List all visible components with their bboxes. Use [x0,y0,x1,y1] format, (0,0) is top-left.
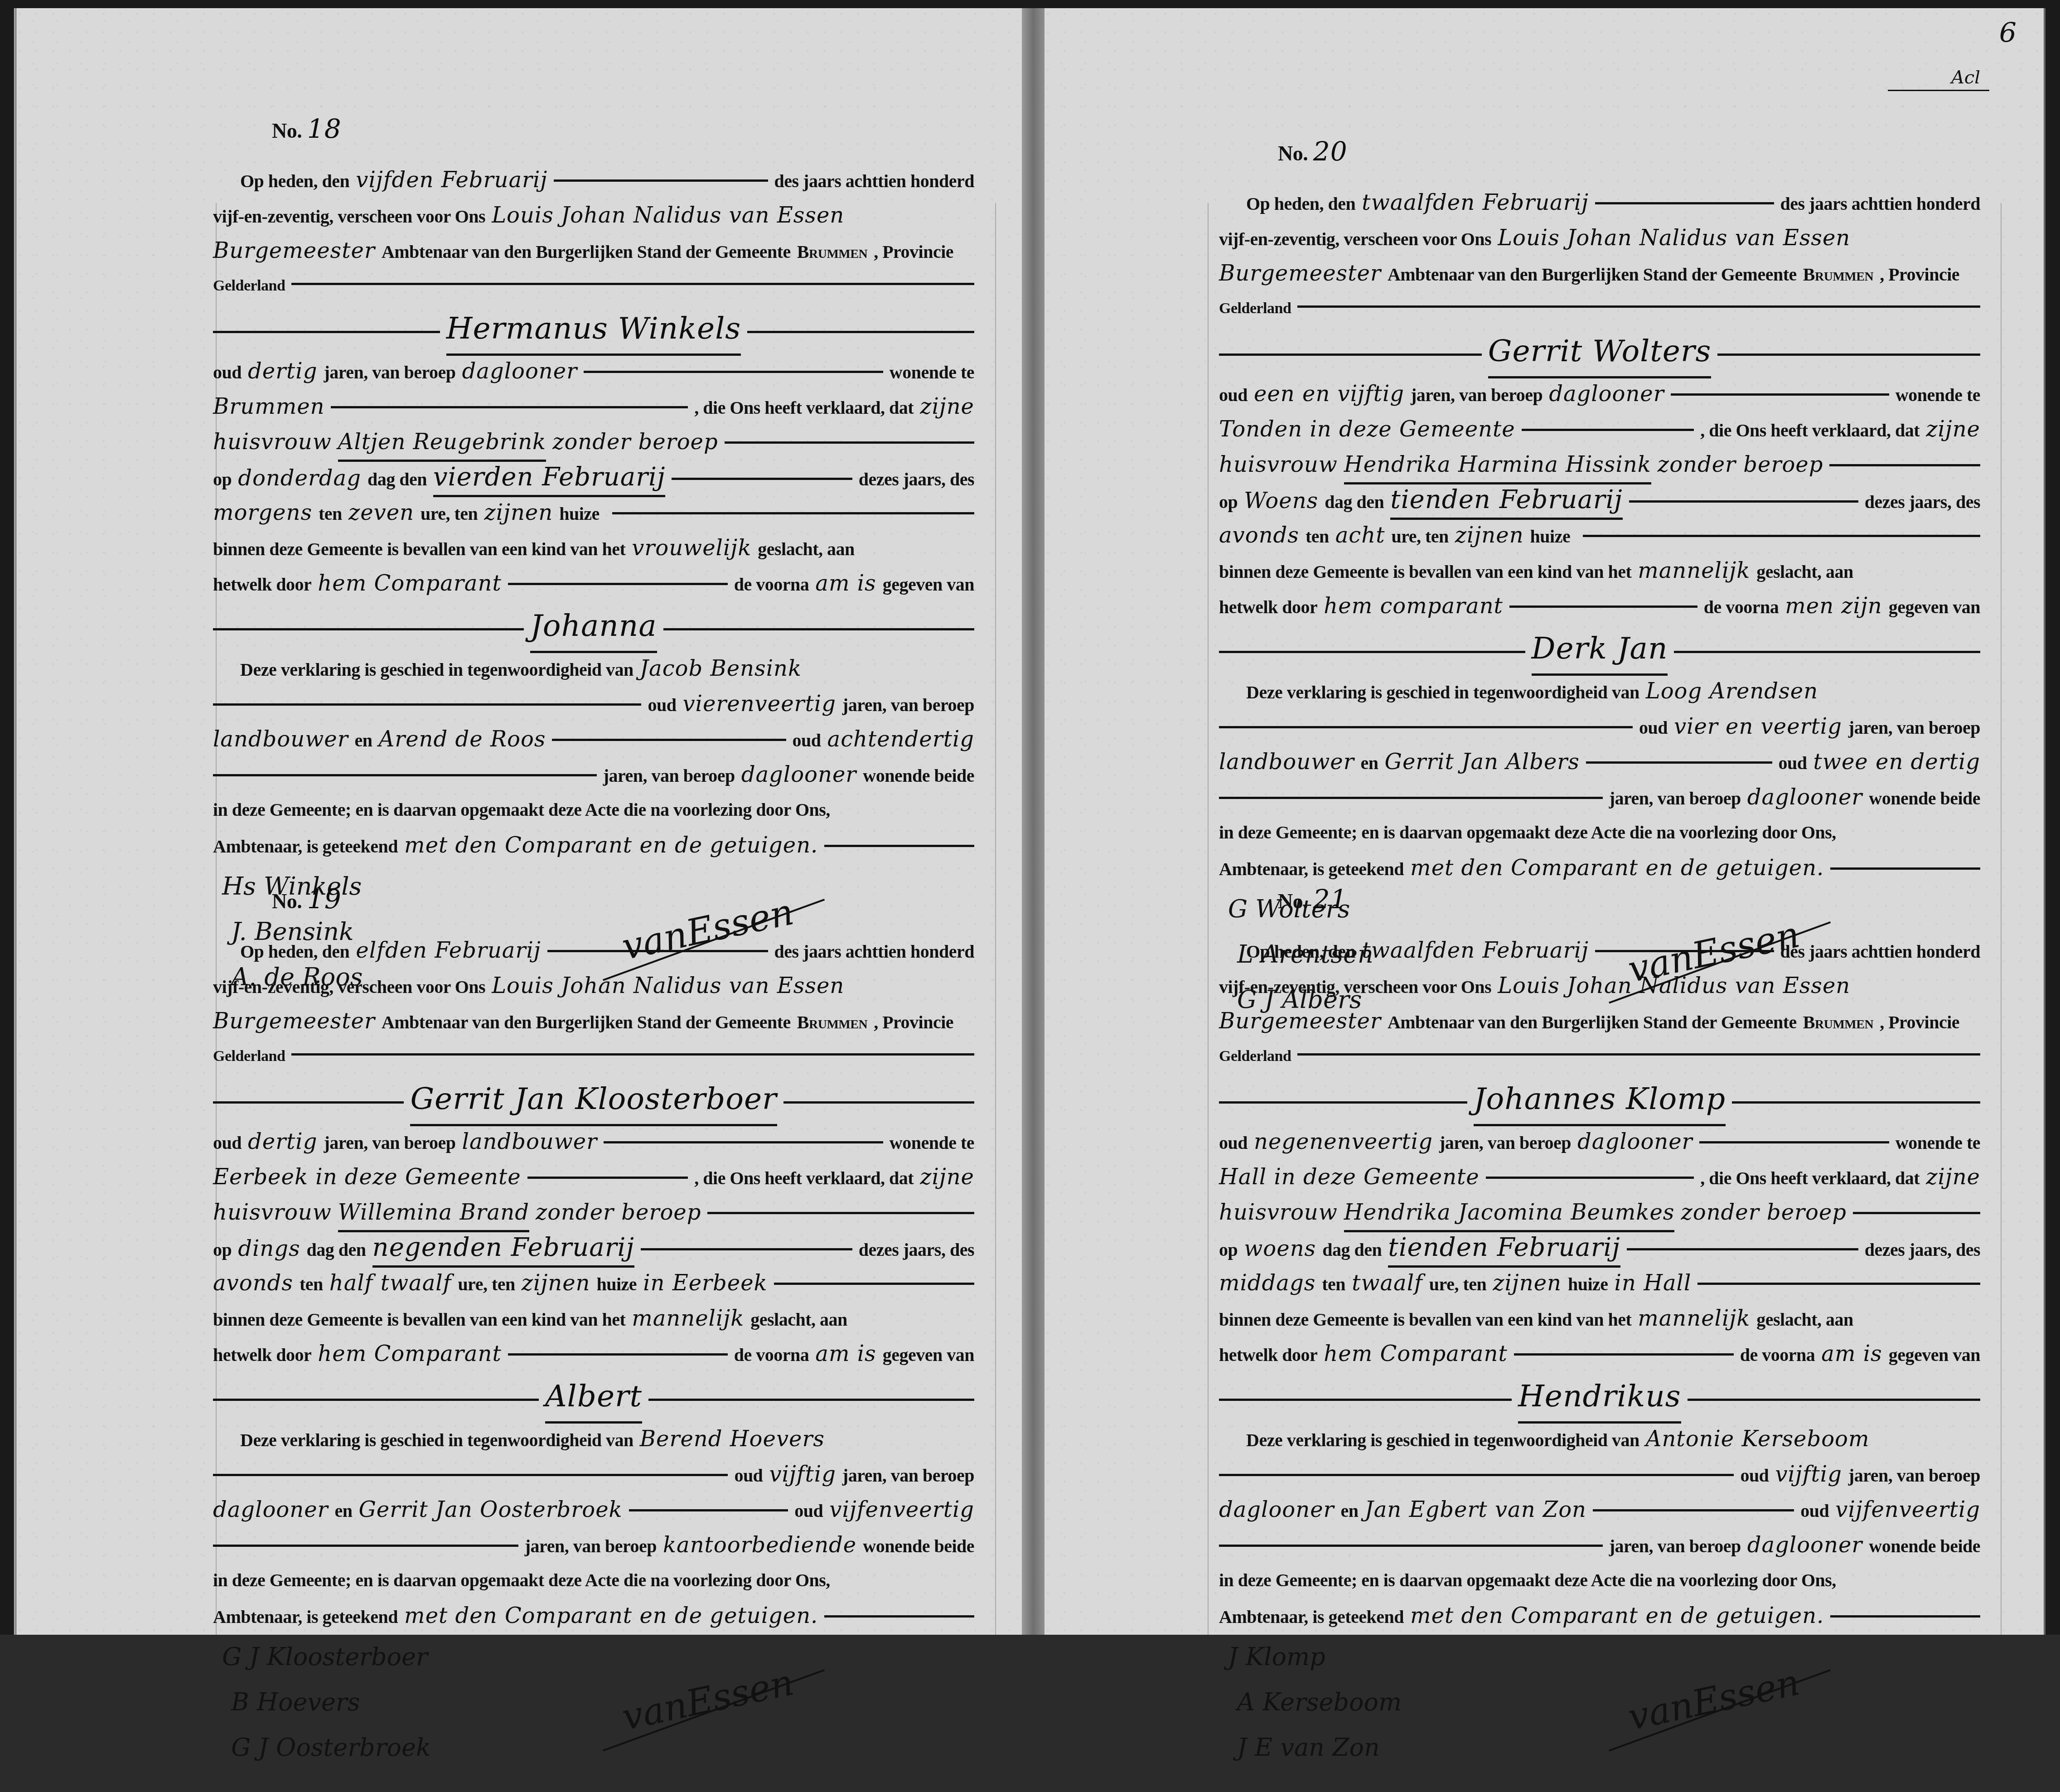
residence-line: Hall in deze Gemeente , die Ons heeft ve… [1219,1159,1980,1195]
fill-line [824,845,974,847]
fill-line [1219,726,1633,728]
witness2-line: daglooner en Jan Egbert van Zon oud vijf… [1219,1492,1980,1527]
witness2-line: landbouwer en Gerrit Jan Albers oud twee… [1219,744,1980,780]
fill-line [1627,1248,1858,1250]
form-text: dag den [1322,1232,1382,1268]
residence-line: Brummen , die Ons heeft verklaard, dat z… [213,389,974,424]
time-of-day: avonds [1219,518,1299,553]
father-details-line: oud dertig jaren, van beroep landbouwer … [213,1124,974,1159]
residence: Brummen [213,389,324,424]
form-text: Ambtenaar, is geteekend [213,829,398,864]
father-line: Johannes Klomp [1219,1074,1980,1124]
birth-time-line: avonds ten acht ure, ten zijnen huize [1219,518,1980,553]
form-text: gegeven van [883,567,974,602]
child-name-line: Derk Jan [1219,624,1980,673]
huisvrouw: huisvrouw [1219,447,1338,482]
municipality: Brummen [1803,257,1873,292]
form-text: hetwelk door [1219,1337,1317,1373]
birth-date: vierden Februarij [433,460,665,497]
official-title: Burgemeester [213,1003,375,1039]
witness2-occupation: daglooner [741,757,856,792]
form-text: geslacht, aan [1756,554,1853,590]
record-number-label: No. [1278,142,1308,165]
fill-line [774,1283,974,1285]
fill-line [1219,1101,1467,1104]
form-text: dezes jaars, des [1865,1232,1980,1268]
fill-line [213,628,524,630]
form-text: , Provincie [1880,257,1959,292]
birth-date: tienden Februarij [1390,482,1623,520]
child-name: Hendrikus [1518,1371,1681,1424]
closing-line: in deze Gemeente; en is daarvan opgemaak… [213,792,974,828]
signed-line: Ambtenaar, is geteekend met den Comparan… [213,1598,974,1633]
mother-name: Hendrika Jacomina Beumkes [1344,1195,1675,1232]
declarant-line: hetwelk door hem Comparant de voorna am … [1219,1336,1980,1371]
form-text: oud [793,723,821,758]
form-text: ten [319,496,342,532]
record-number: 21 [1313,884,1348,915]
form-text: jaren, van beroep [1848,710,1980,746]
fill-line [1583,535,1980,537]
birth-date-line: op dings dag den negenden Februarij deze… [213,1230,974,1265]
right-margin-rule [995,203,996,1635]
witness2-occupation: daglooner [1747,1527,1862,1563]
birth-hour: twaalf [1352,1265,1423,1301]
fill-line [291,1053,974,1056]
witness2-name: Jan Egbert van Zon [1364,1492,1586,1527]
fill-line [1522,429,1694,431]
form-text: vijf-en-zeventig, verscheen voor Ons [1219,969,1491,1005]
house-location: in Eerbeek [643,1265,768,1301]
witness2-occupation: daglooner [1747,780,1862,815]
municipality: Brummen [797,234,867,270]
witness1-name: Jacob Bensink [640,651,802,686]
form-text: dag den [1325,484,1384,520]
huisvrouw: huisvrouw [213,1195,332,1230]
page-number: 6 [1999,17,2016,49]
birth-time-line: morgens ten zeven ure, ten zijnen huize [213,495,974,530]
record-date: twaalfden Februarij [1362,185,1589,220]
form-text: en [334,1493,352,1529]
form-text: jaren, van beroep [1609,1529,1741,1564]
father-occupation: daglooner [462,354,577,389]
fill-line [1674,651,1980,653]
declarant: hem comparant [1324,588,1503,624]
form-text: oud [1740,1458,1769,1493]
child-sex: mannelijk [1638,553,1750,588]
witness1-occupation: landbouwer [1219,744,1354,780]
form-text: jaren, van beroep [842,1458,974,1493]
fill-line [1509,605,1697,608]
birth-date: negenden Februarij [372,1230,634,1268]
witness1-details-line: oud vier en veertig jaren, van beroep [1219,709,1980,744]
name-suffix: men zijn [1785,588,1882,624]
witness1-occupation: daglooner [1219,1492,1334,1527]
child-sex: vrouwelijk [632,530,751,566]
birth-time-line: middags ten twaalf ure, ten zijnen huize… [1219,1265,1980,1301]
fill-line [1853,1212,1980,1214]
residence: Eerbeek in deze Gemeente [213,1159,521,1195]
child-sex: mannelijk [632,1301,744,1336]
fill-line [1688,1399,1980,1401]
form-text: des jaars achttien honderd [774,934,974,969]
form-text: , die Ons heeft verklaard, dat [694,390,914,426]
witness1-age: vierenveertig [682,686,836,722]
fill-line [1595,202,1774,204]
province-line: Gelderland [213,1039,974,1074]
form-text: , die Ons heeft verklaard, dat [1700,1161,1920,1196]
form-text: , Provincie [1880,1005,1959,1040]
form-text: jaren, van beroep [1609,781,1741,816]
form-text: Ambtenaar van den Burgerlijken Stand der… [382,1005,791,1040]
birth-date-line: op woens dag den tienden Februarij dezes… [1219,1230,1980,1265]
form-text: wonende beide [1869,781,1980,816]
form-text: op [1219,484,1238,520]
form-text: jaren, van beroep [324,355,455,390]
residence-line: Eerbeek in deze Gemeente , die Ons heeft… [213,1159,974,1195]
birth-record-21: No. 21 Op heden, den twaalfden Februarij… [1219,884,1980,1635]
fill-line [213,774,597,776]
form-text: geslacht, aan [750,1302,847,1337]
municipality-line: Burgemeester Ambtenaar van den Burgerlij… [213,1003,974,1039]
form-text: huize [559,496,600,532]
witness2-details-line: jaren, van beroep daglooner wonende beid… [1219,780,1980,815]
official-title: Burgemeester [1219,1003,1381,1039]
form-text: jaren, van beroep [1411,378,1543,413]
official-line: vijf-en-zeventig, verscheen voor Ons Lou… [213,198,974,233]
fill-line [508,1353,728,1356]
form-text: in deze Gemeente; en is daarvan opgemaak… [1219,1563,1836,1598]
fill-line [1219,651,1525,653]
witness1-details-line: oud vijftig jaren, van beroep [1219,1457,1980,1492]
sex-line: binnen deze Gemeente is bevallen van een… [213,1301,974,1336]
mother-occupation: zonder beroep [1681,1195,1847,1230]
witness2-details-line: jaren, van beroep daglooner wonende beid… [1219,1527,1980,1563]
form-text: ure, ten [1391,519,1448,554]
mother-name: Willemina Brand [338,1195,529,1232]
fill-line [1697,1283,1980,1285]
form-text: Ambtenaar, is geteekend [213,1599,398,1635]
form-text: ten [300,1267,323,1302]
book-spine [1022,8,1045,1635]
official-line: vijf-en-zeventig, verscheen voor Ons Lou… [1219,220,1980,256]
record-number-label: No. [272,890,302,913]
name-suffix: am is [815,566,876,601]
sex-line: binnen deze Gemeente is bevallen van een… [1219,553,1980,588]
official-line: vijf-en-zeventig, verscheen voor Ons Lou… [1219,968,1980,1003]
form-text: wonende te [1896,1125,1980,1161]
zijne: zijne [1926,1159,1980,1195]
signed-with: met den Comparant en de getuigen. [1410,850,1824,886]
form-text: ure, ten [1429,1267,1486,1302]
birth-record-19: No. 19 Op heden, den elfden Februarij de… [213,884,974,1635]
fill-line [641,1248,852,1250]
fill-line [213,1101,404,1104]
child-name: Albert [545,1371,642,1424]
form-text: hetwelk door [213,1337,311,1373]
time-of-day: avonds [213,1265,293,1301]
zijne: zijne [1926,412,1980,447]
record-number-label: No. [1278,890,1308,913]
municipality-line: Burgemeester Ambtenaar van den Burgerlij… [1219,256,1980,291]
child-name: Derk Jan [1532,624,1668,676]
form-text: wonende te [890,1125,974,1161]
fill-line [707,1212,974,1214]
fill-line [1514,1353,1734,1356]
form-text: dezes jaars, des [859,462,974,497]
witness2-name: Gerrit Jan Oosterbroek [358,1492,622,1527]
witness2-details-line: jaren, van beroep daglooner wonende beid… [213,757,974,792]
form-text: geslacht, aan [758,532,855,567]
form-text: hetwelk door [213,567,311,602]
form-text: huize [1530,519,1571,554]
form-text: oud [1219,1125,1248,1161]
witness2-details-line: jaren, van beroep kantoorbediende wonend… [213,1527,974,1563]
witness2-name: Gerrit Jan Albers [1385,744,1580,780]
father-line: Gerrit Jan Kloosterboer [213,1074,974,1124]
fill-line [1297,1053,1980,1056]
official-line: vijf-en-zeventig, verscheen voor Ons Lou… [213,968,974,1003]
time-of-day: morgens [213,495,312,530]
form-text: Deze verklaring is geschied in tegenwoor… [240,652,633,688]
father-occupation: daglooner [1577,1124,1692,1159]
form-text: de voorna [734,567,809,602]
fill-line [1629,500,1858,503]
father-details-line: oud dertig jaren, van beroep daglooner w… [213,354,974,389]
form-text: ure, ten [421,496,478,532]
witness1-details-line: oud vierenveertig jaren, van beroep [213,686,974,722]
form-text: , die Ons heeft verklaard, dat [694,1161,914,1196]
fill-line [629,1509,788,1511]
form-text: binnen deze Gemeente is bevallen van een… [213,1302,625,1337]
fill-line [663,628,974,630]
witness1-age: vier en veertig [1674,709,1842,744]
form-text: binnen deze Gemeente is bevallen van een… [1219,554,1631,590]
fill-line [1671,393,1889,396]
date-line: Op heden, den elfden Februarij des jaars… [213,933,974,968]
form-text: jaren, van beroep [324,1125,455,1161]
witness2-age: twee en dertig [1813,744,1980,780]
witness1-occupation: daglooner [213,1492,328,1527]
mother-line: huisvrouw Hendrika Harmina Hissink zonde… [1219,447,1980,482]
witness1-line: Deze verklaring is geschied in tegenwoor… [1219,673,1980,709]
province: Gelderland [1219,1039,1291,1074]
fill-line [584,371,883,373]
fill-line [824,1615,974,1618]
municipality-line: Burgemeester Ambtenaar van den Burgerlij… [1219,1003,1980,1039]
form-text: geslacht, aan [1756,1302,1853,1337]
record-number: 19 [307,884,342,915]
form-text: oud [734,1458,763,1493]
fill-line [1595,950,1774,952]
birth-hour: acht [1335,518,1385,553]
form-text: des jaars achttien honderd [774,164,974,199]
form-text: dezes jaars, des [1865,484,1980,520]
form-text: de voorna [734,1337,809,1373]
house: zijnen [1455,518,1524,553]
witness1-details-line: oud vijftig jaren, van beroep [213,1457,974,1492]
record-number: 18 [307,113,342,144]
time-of-day: middags [1219,1265,1315,1301]
form-text: en [1340,1493,1358,1529]
left-margin-rule [1208,203,1209,1635]
witness2-occupation: kantoorbediende [663,1527,856,1563]
fill-line [547,950,768,952]
province: Gelderland [1219,291,1291,326]
witness1-line: Deze verklaring is geschied in tegenwoor… [213,651,974,686]
form-text: gegeven van [883,1337,974,1373]
closing-line: in deze Gemeente; en is daarvan opgemaak… [1219,815,1980,850]
signed-line: Ambtenaar, is geteekend met den Comparan… [1219,1598,1980,1633]
form-text: Op heden, den [1246,186,1355,222]
form-text: wonende beide [863,758,974,794]
house: zijnen [522,1265,590,1301]
fill-line [508,583,728,585]
form-text: op [1219,1232,1238,1268]
form-text: Op heden, den [240,164,349,199]
form-text: Op heden, den [1246,934,1355,969]
fill-line [1830,1615,1980,1618]
father-age: negenenveertig [1254,1124,1433,1159]
father-name: Gerrit Wolters [1488,326,1712,378]
form-text: oud [213,355,242,390]
witness2-line: daglooner en Gerrit Jan Oosterbroek oud … [213,1492,974,1527]
name-suffix: am is [1821,1336,1882,1371]
form-text: oud [1639,710,1668,746]
form-text: de voorna [1740,1337,1815,1373]
fill-line [527,1177,688,1179]
witness2-name: Arend de Roos [379,722,546,757]
form-text: in deze Gemeente; en is daarvan opgemaak… [213,1563,830,1598]
witness1-age: vijftig [1775,1457,1842,1492]
father-name: Gerrit Jan Kloosterboer [410,1074,777,1126]
witness1-name: Antonie Kerseboom [1646,1421,1870,1457]
date-line: Op heden, den vijfden Februarij des jaar… [213,162,974,198]
birth-date-line: op Woens dag den tienden Februarij dezes… [1219,482,1980,518]
form-text: jaren, van beroep [1848,1458,1980,1493]
fill-line [1219,1399,1512,1401]
official-name: Louis Johan Nalidus van Essen [492,198,844,233]
official-name: Louis Johan Nalidus van Essen [1498,220,1850,256]
form-text: Ambtenaar van den Burgerlijken Stand der… [1388,257,1797,292]
form-text: Op heden, den [240,934,349,969]
child-name-line: Albert [213,1371,974,1421]
declarant-line: hetwelk door hem Comparant de voorna am … [213,1336,974,1371]
fill-line [604,1141,883,1143]
fill-line [1829,464,1980,466]
witness1-name: Berend Hoevers [640,1421,825,1457]
signed-line: Ambtenaar, is geteekend met den Comparan… [1219,850,1980,886]
form-text: oud [1779,746,1807,781]
signed-with: met den Comparant en de getuigen. [404,1598,818,1633]
fill-line [1586,761,1772,764]
form-text: Ambtenaar, is geteekend [1219,1599,1404,1635]
residence: Hall in deze Gemeente [1219,1159,1480,1195]
father-occupation: landbouwer [462,1124,598,1159]
form-text: , die Ons heeft verklaard, dat [1700,413,1920,448]
witness1-line: Deze verklaring is geschied in tegenwoor… [1219,1421,1980,1457]
declarant: hem Comparant [318,1336,501,1371]
birth-date: tienden Februarij [1388,1230,1620,1268]
child-name-line: Johanna [213,601,974,651]
form-text: ten [1322,1267,1345,1302]
form-text: op [213,1232,232,1268]
province-line: Gelderland [213,268,974,304]
sex-line: binnen deze Gemeente is bevallen van een… [1219,1301,1980,1336]
official-name: Louis Johan Nalidus van Essen [1498,968,1850,1003]
form-text: in deze Gemeente; en is daarvan opgemaak… [1219,815,1836,850]
birth-time-line: avonds ten half twaalf ure, ten zijnen h… [213,1265,974,1301]
form-text: Ambtenaar, is geteekend [1219,852,1404,887]
fill-line [1732,1101,1980,1104]
form-text: Deze verklaring is geschied in tegenwoor… [240,1423,633,1458]
fill-line [1717,354,1980,356]
father-details-line: oud negenenveertig jaren, van beroep dag… [1219,1124,1980,1159]
form-text: en [1361,746,1378,781]
fill-line [213,1545,518,1547]
record-date: elfden Februarij [356,933,541,968]
fill-line [552,739,786,741]
house: zijnen [1493,1265,1562,1301]
official-title: Burgemeester [1219,256,1381,291]
father-name: Johannes Klomp [1474,1074,1726,1126]
form-text: oud [1800,1493,1829,1529]
form-text: oud [648,688,676,723]
sex-line: binnen deze Gemeente is bevallen van een… [213,530,974,566]
weekday: donderdag [238,460,361,496]
form-text: vijf-en-zeventig, verscheen voor Ons [1219,222,1491,257]
father-age: dertig [248,1124,317,1159]
house-location: in Hall [1615,1265,1692,1301]
record-number-heading: No. 19 [272,884,974,915]
form-text: gegeven van [1889,1337,1980,1373]
mother-line: huisvrouw Altjen Reugebrink zonder beroe… [213,424,974,460]
fill-line [1219,1474,1734,1476]
signed-with: met den Comparant en de getuigen. [1410,1598,1824,1633]
father-age: dertig [248,354,317,389]
witness1-name: Loog Arendsen [1646,673,1818,709]
form-text: huize [1568,1267,1608,1302]
record-date: vijfden Februarij [356,162,547,198]
fill-line [331,406,688,408]
form-text: oud [1219,378,1248,413]
province: Gelderland [213,268,285,304]
child-name-line: Hendrikus [1219,1371,1980,1421]
huisvrouw: huisvrouw [213,424,332,460]
zijne: zijne [920,389,974,424]
weekday: dings [238,1231,300,1266]
birth-hour: half twaalf [329,1265,452,1301]
official-title: Burgemeester [213,233,375,268]
corner-initials: Acl [1888,67,1989,91]
fill-line [783,1101,974,1104]
declarant: hem Comparant [1324,1336,1507,1371]
fill-line [213,331,440,333]
witness1-line: Deze verklaring is geschied in tegenwoor… [213,1421,974,1457]
form-text: oud [213,1125,242,1161]
witness2-line: landbouwer en Arend de Roos oud achtende… [213,722,974,757]
form-text: dag den [368,462,427,497]
official-name: Louis Johan Nalidus van Essen [492,968,844,1003]
form-text: Ambtenaar van den Burgerlijken Stand der… [1388,1005,1797,1040]
signed-with: met den Comparant en de getuigen. [404,828,818,863]
form-text: wonende te [1896,378,1980,413]
fill-line [725,441,974,444]
form-text: oud [794,1493,823,1529]
huisvrouw: huisvrouw [1219,1195,1338,1230]
record-number-heading: No. 20 [1278,136,1980,167]
father-line: Hermanus Winkels [213,304,974,354]
